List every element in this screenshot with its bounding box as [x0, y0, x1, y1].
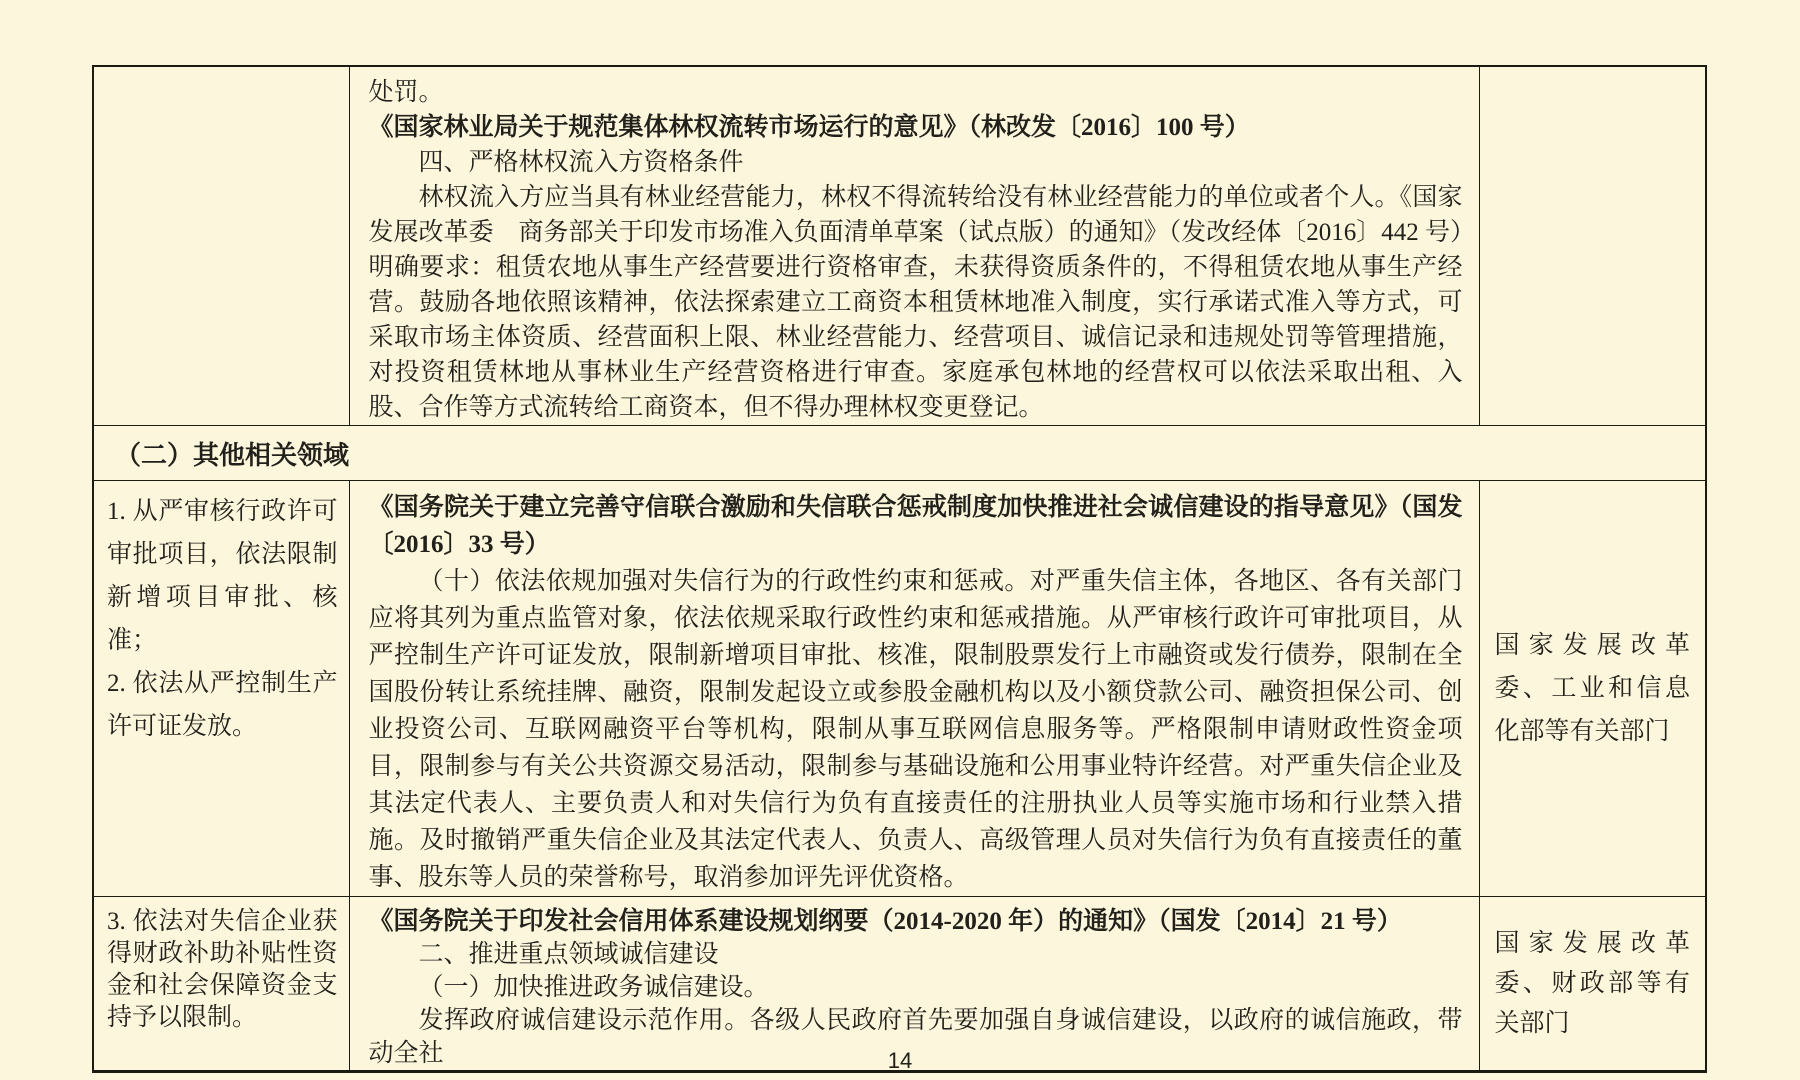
policy-table: 处罚。 《国家林业局关于规范集体林权流转市场运行的意见》（林改发〔2016〕10…: [92, 65, 1707, 1073]
responsible-cell-empty: [1479, 66, 1706, 426]
page-number: 14: [0, 1048, 1800, 1074]
measures-cell-empty: [93, 66, 349, 426]
measure-item: 1. 从严审核行政许可审批项目，依法限制新增项目审批、核准；: [107, 490, 338, 662]
document-heading: 四、严格林权流入方资格条件: [369, 145, 1463, 180]
responsible-cell: 国家发展改革委、财政部等有关部门: [1479, 897, 1706, 1072]
policy-basis-cell: 《国务院关于印发社会信用体系建设规划纲要（2014-2020 年）的通知》（国发…: [349, 897, 1479, 1072]
table-row: 3. 依法对失信企业获得财政补助补贴性资金和社会保障资金支持予以限制。 《国务院…: [93, 897, 1706, 1072]
table-row: 处罚。 《国家林业局关于规范集体林权流转市场运行的意见》（林改发〔2016〕10…: [93, 66, 1706, 426]
document-page: 处罚。 《国家林业局关于规范集体林权流转市场运行的意见》（林改发〔2016〕10…: [0, 0, 1800, 1080]
measures-cell: 3. 依法对失信企业获得财政补助补贴性资金和社会保障资金支持予以限制。: [93, 897, 349, 1072]
document-title: 《国务院关于印发社会信用体系建设规划纲要（2014-2020 年）的通知》（国发…: [369, 905, 1463, 938]
document-body: 林权流入方应当具有林业经营能力，林权不得流转给没有林业经营能力的单位或者个人。《…: [369, 180, 1463, 425]
document-heading: （一）加快推进政务诚信建设。: [369, 971, 1463, 1004]
measure-item: 3. 依法对失信企业获得财政补助补贴性资金和社会保障资金支持予以限制。: [107, 906, 338, 1034]
document-heading: 二、推进重点领域诚信建设: [369, 938, 1463, 971]
document-body: （十）依法依规加强对失信行为的行政性约束和惩戒。对严重失信主体，各地区、各有关部…: [369, 563, 1463, 896]
responsible-departments: 国家发展改革委、财政部等有关部门: [1495, 924, 1691, 1044]
continuation-text: 处罚。: [369, 75, 1463, 110]
table-row: （二）其他相关领域: [93, 426, 1706, 481]
measure-item: 2. 依法从严控制生产许可证发放。: [107, 662, 338, 748]
document-title: 《国务院关于建立完善守信联合激励和失信联合惩戒制度加快推进社会诚信建设的指导意见…: [369, 489, 1463, 563]
section-header: （二）其他相关领域: [93, 426, 1706, 481]
policy-basis-cell: 处罚。 《国家林业局关于规范集体林权流转市场运行的意见》（林改发〔2016〕10…: [349, 66, 1479, 426]
policy-basis-cell: 《国务院关于建立完善守信联合激励和失信联合惩戒制度加快推进社会诚信建设的指导意见…: [349, 481, 1479, 897]
responsible-departments: 国家发展改革委、工业和信息化部等有关部门: [1495, 624, 1691, 753]
document-title: 《国家林业局关于规范集体林权流转市场运行的意见》（林改发〔2016〕100 号）: [369, 110, 1463, 145]
table-row: 1. 从严审核行政许可审批项目，依法限制新增项目审批、核准； 2. 依法从严控制…: [93, 481, 1706, 897]
measures-cell: 1. 从严审核行政许可审批项目，依法限制新增项目审批、核准； 2. 依法从严控制…: [93, 481, 349, 897]
responsible-cell: 国家发展改革委、工业和信息化部等有关部门: [1479, 481, 1706, 897]
